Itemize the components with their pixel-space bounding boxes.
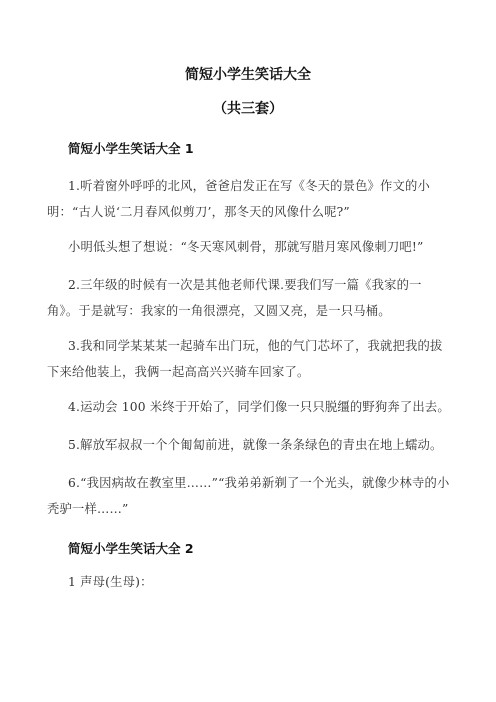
paragraph: 3.我和同学某某某一起骑车出门玩，他的气门芯坏了，我就把我的拔下来给他装上，我俩…	[47, 333, 451, 385]
paragraph: 5.解放军叔叔一个个匍匐前进，就像一条条绿色的青虫在地上蠕动。	[47, 432, 451, 458]
document-page: 简短小学生笑话大全 （共三套） 简短小学生笑话大全 1 1.听着窗外呼呼的北风，…	[0, 0, 496, 702]
document-subtitle: （共三套）	[0, 98, 496, 118]
paragraph: 1 声母(生母)：	[47, 569, 451, 595]
section-heading-2: 简短小学生笑话大全 2	[68, 539, 194, 557]
paragraph: 4.运动会 100 米终于开始了，同学们像一只只脱缰的野狗奔了出去。	[47, 394, 451, 420]
section-heading-1: 简短小学生笑话大全 1	[68, 139, 194, 157]
document-title: 简短小学生笑话大全	[0, 64, 496, 84]
paragraph: 6.“我因病故在教室里……”“我弟弟新剃了一个光头，就像少林寺的小秃驴一样……”	[47, 470, 451, 522]
paragraph: 小明低头想了想说：“冬天寒风刺骨，那就写腊月寒风像刺刀吧!”	[47, 234, 451, 260]
paragraph: 2.三年级的时候有一次是其他老师代课.要我们写一篇《我家的一角》。于是就写：我家…	[47, 272, 451, 324]
paragraph: 1.听着窗外呼呼的北风，爸爸启发正在写《冬天的景色》作文的小明：“古人说‘二月春…	[47, 173, 451, 225]
